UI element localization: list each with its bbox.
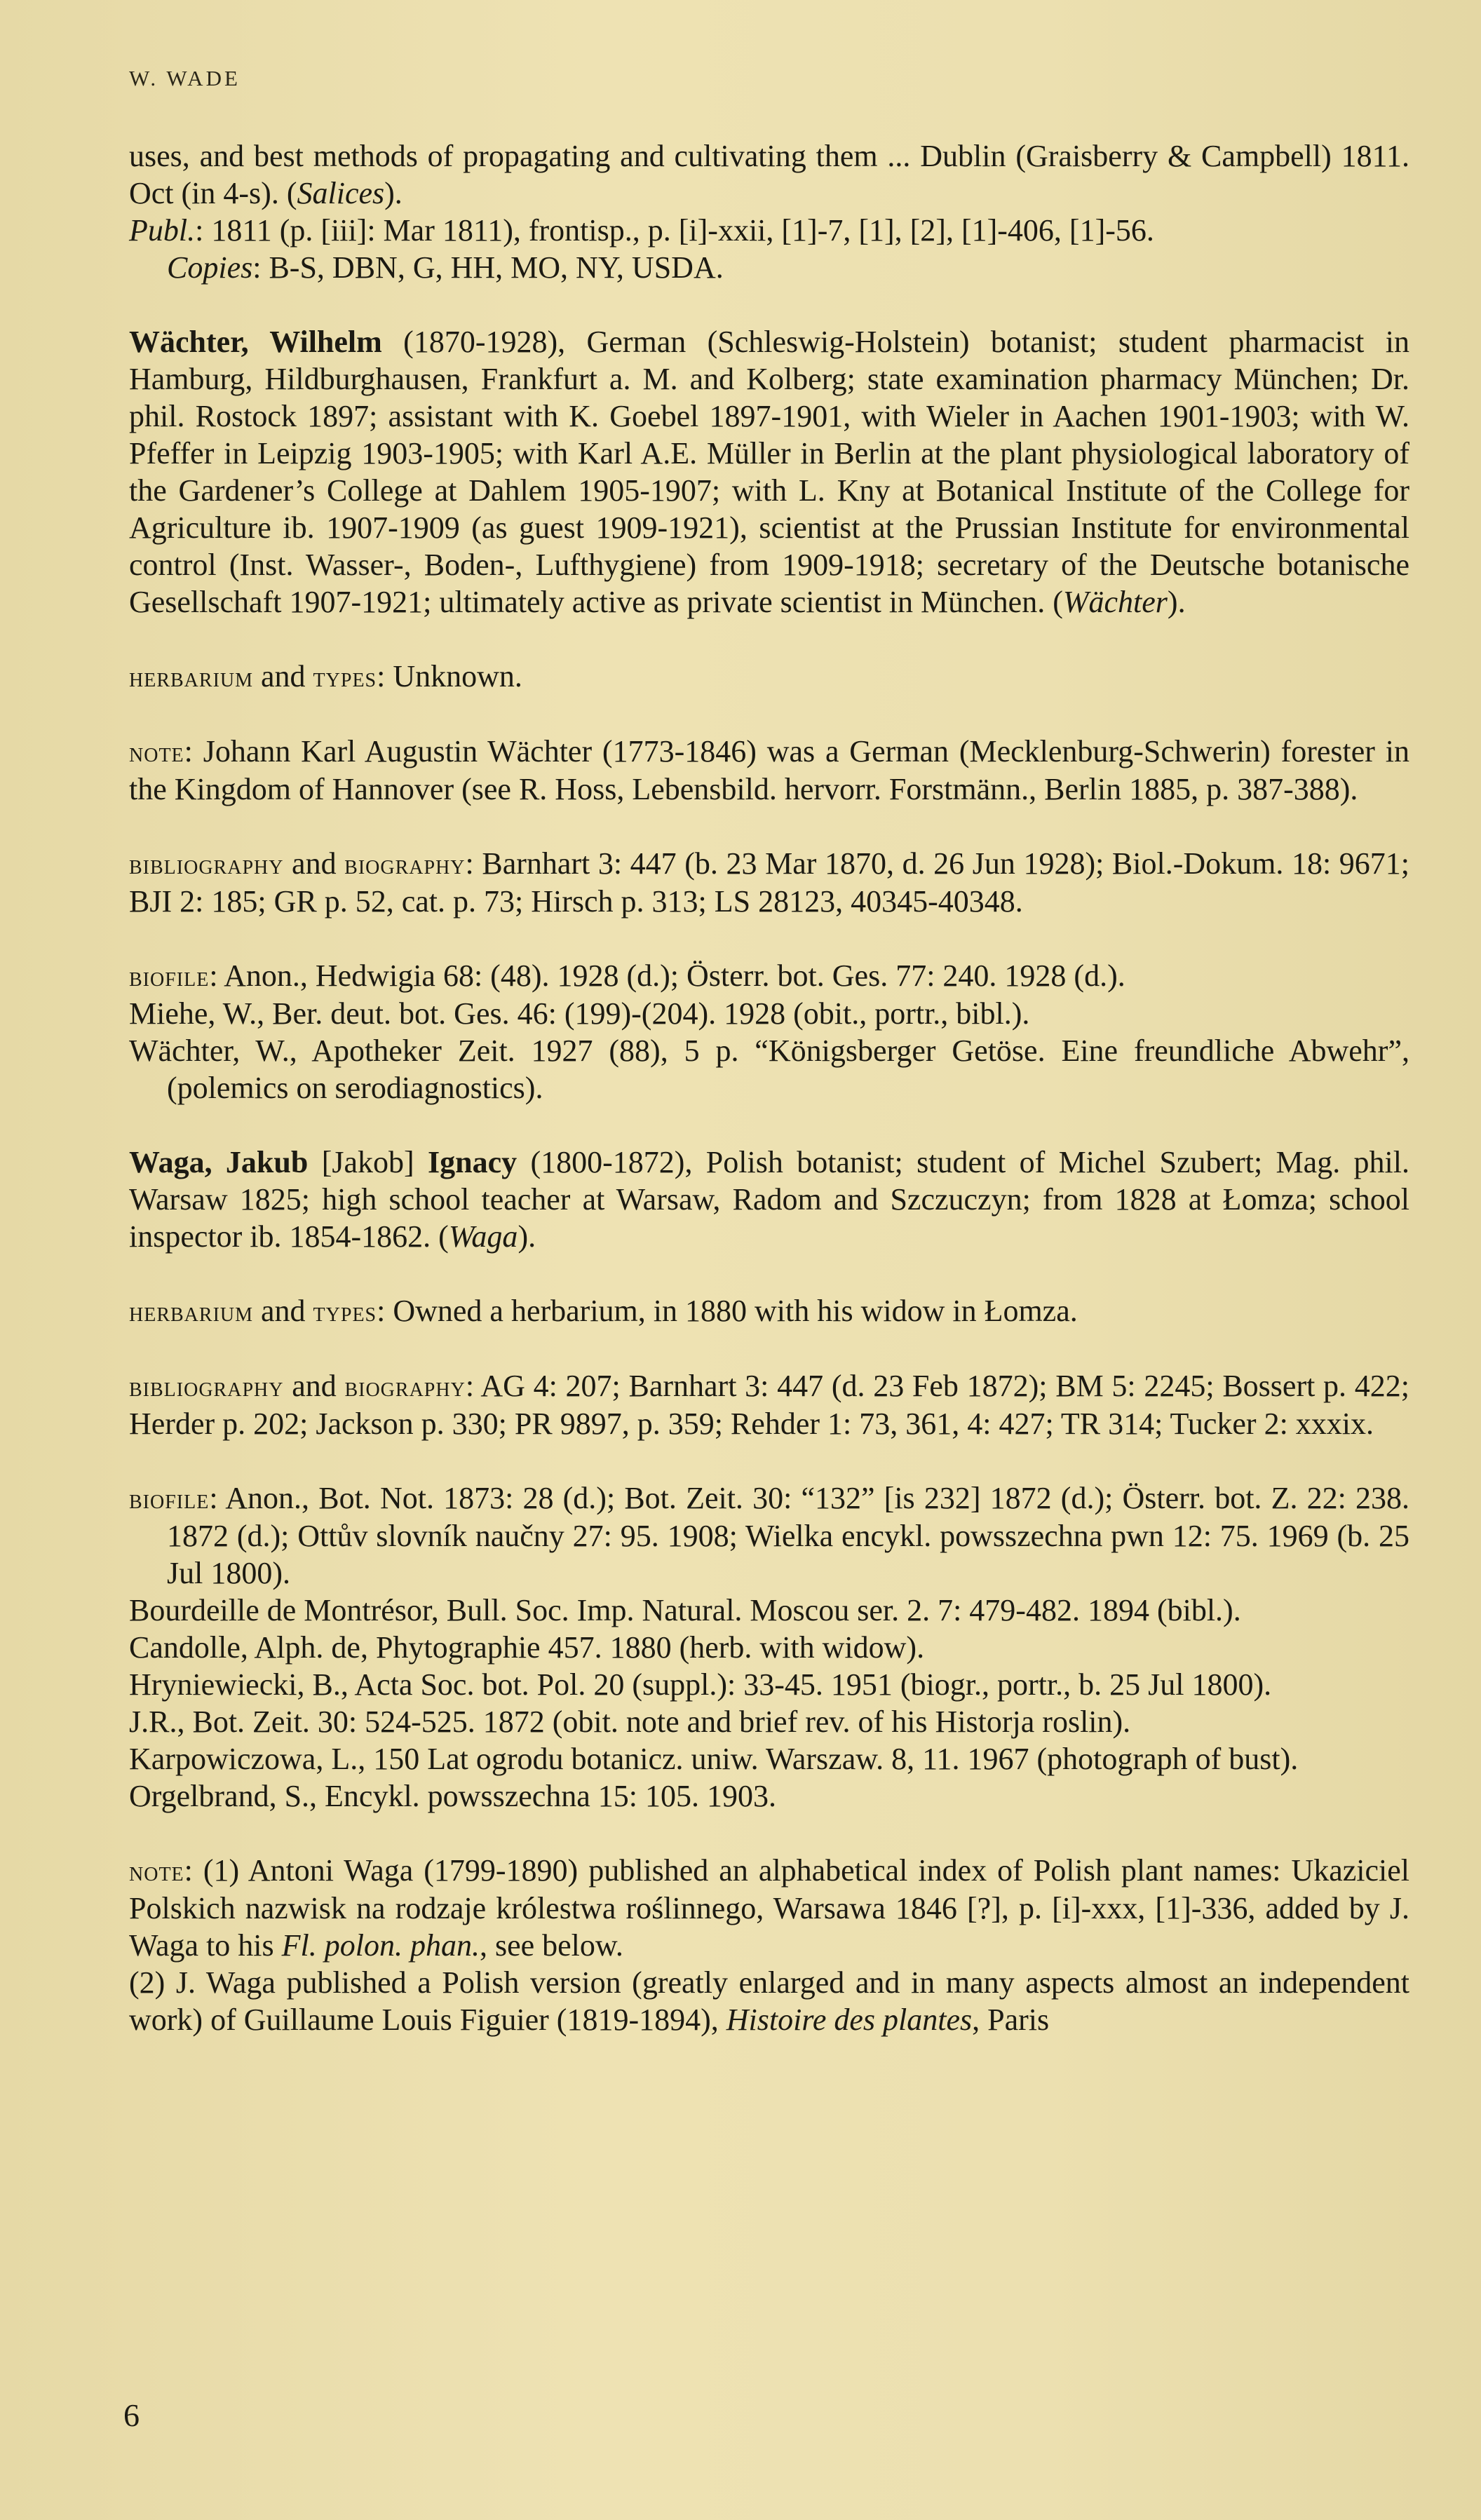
biofile-item: Karpowiczowa, L., 150 Lat ogrodu botanic… (129, 1740, 1409, 1777)
wachter-note: note: Johann Karl Augustin Wächter (1773… (129, 733, 1409, 808)
waga-herbarium: herbarium and types: Owned a herbarium, … (129, 1292, 1409, 1330)
wachter-bibliography: bibliography and biography: Barnhart 3: … (129, 845, 1409, 920)
biofile-item: Miehe, W., Ber. deut. bot. Ges. 46: (199… (129, 995, 1409, 1032)
running-head: W. WADE (129, 66, 241, 91)
wachter-biofile: biofile: Anon., Hedwigia 68: (48). 1928 … (129, 957, 1409, 995)
entry-heading: Waga, Jakub (129, 1145, 308, 1179)
copies-line: Copies: B-S, DBN, G, HH, MO, NY, USDA. (129, 249, 1409, 286)
biofile-item: Wächter, W., Apotheker Zeit. 1927 (88), … (129, 1032, 1409, 1106)
biofile-item: Candolle, Alph. de, Phytographie 457. 18… (129, 1629, 1409, 1666)
biofile-item: J.R., Bot. Zeit. 30: 524-525. 1872 (obit… (129, 1703, 1409, 1740)
continuation-entry: uses, and best methods of propagating an… (129, 137, 1409, 2038)
biofile-item: Hryniewiecki, B., Acta Soc. bot. Pol. 20… (129, 1666, 1409, 1703)
waga-bibliography: bibliography and biography: AG 4: 207; B… (129, 1367, 1409, 1442)
continuation-title: uses, and best methods of propagating an… (129, 137, 1409, 212)
biofile-item: Bourdeille de Montrésor, Bull. Soc. Imp.… (129, 1592, 1409, 1629)
page-number: 6 (123, 2397, 140, 2434)
wachter-herbarium: herbarium and types: Unknown. (129, 658, 1409, 696)
publication-line: Publ.: 1811 (p. [iii]: Mar 1811), fronti… (129, 212, 1409, 249)
biofile-item: Orgelbrand, S., Encykl. powsszechna 15: … (129, 1777, 1409, 1815)
wachter-entry: Wächter, Wilhelm (1870-1928), German (Sc… (129, 323, 1409, 621)
waga-note-2: (2) J. Waga published a Polish version (… (129, 1964, 1409, 2038)
waga-biofile: biofile: Anon., Bot. Not. 1873: 28 (d.);… (129, 1479, 1409, 1592)
waga-entry: Waga, Jakub [Jakob] Ignacy (1800-1872), … (129, 1144, 1409, 1255)
entry-heading: Wächter, Wilhelm (129, 325, 382, 359)
waga-note-1: note: (1) Antoni Waga (1799-1890) publis… (129, 1852, 1409, 1964)
